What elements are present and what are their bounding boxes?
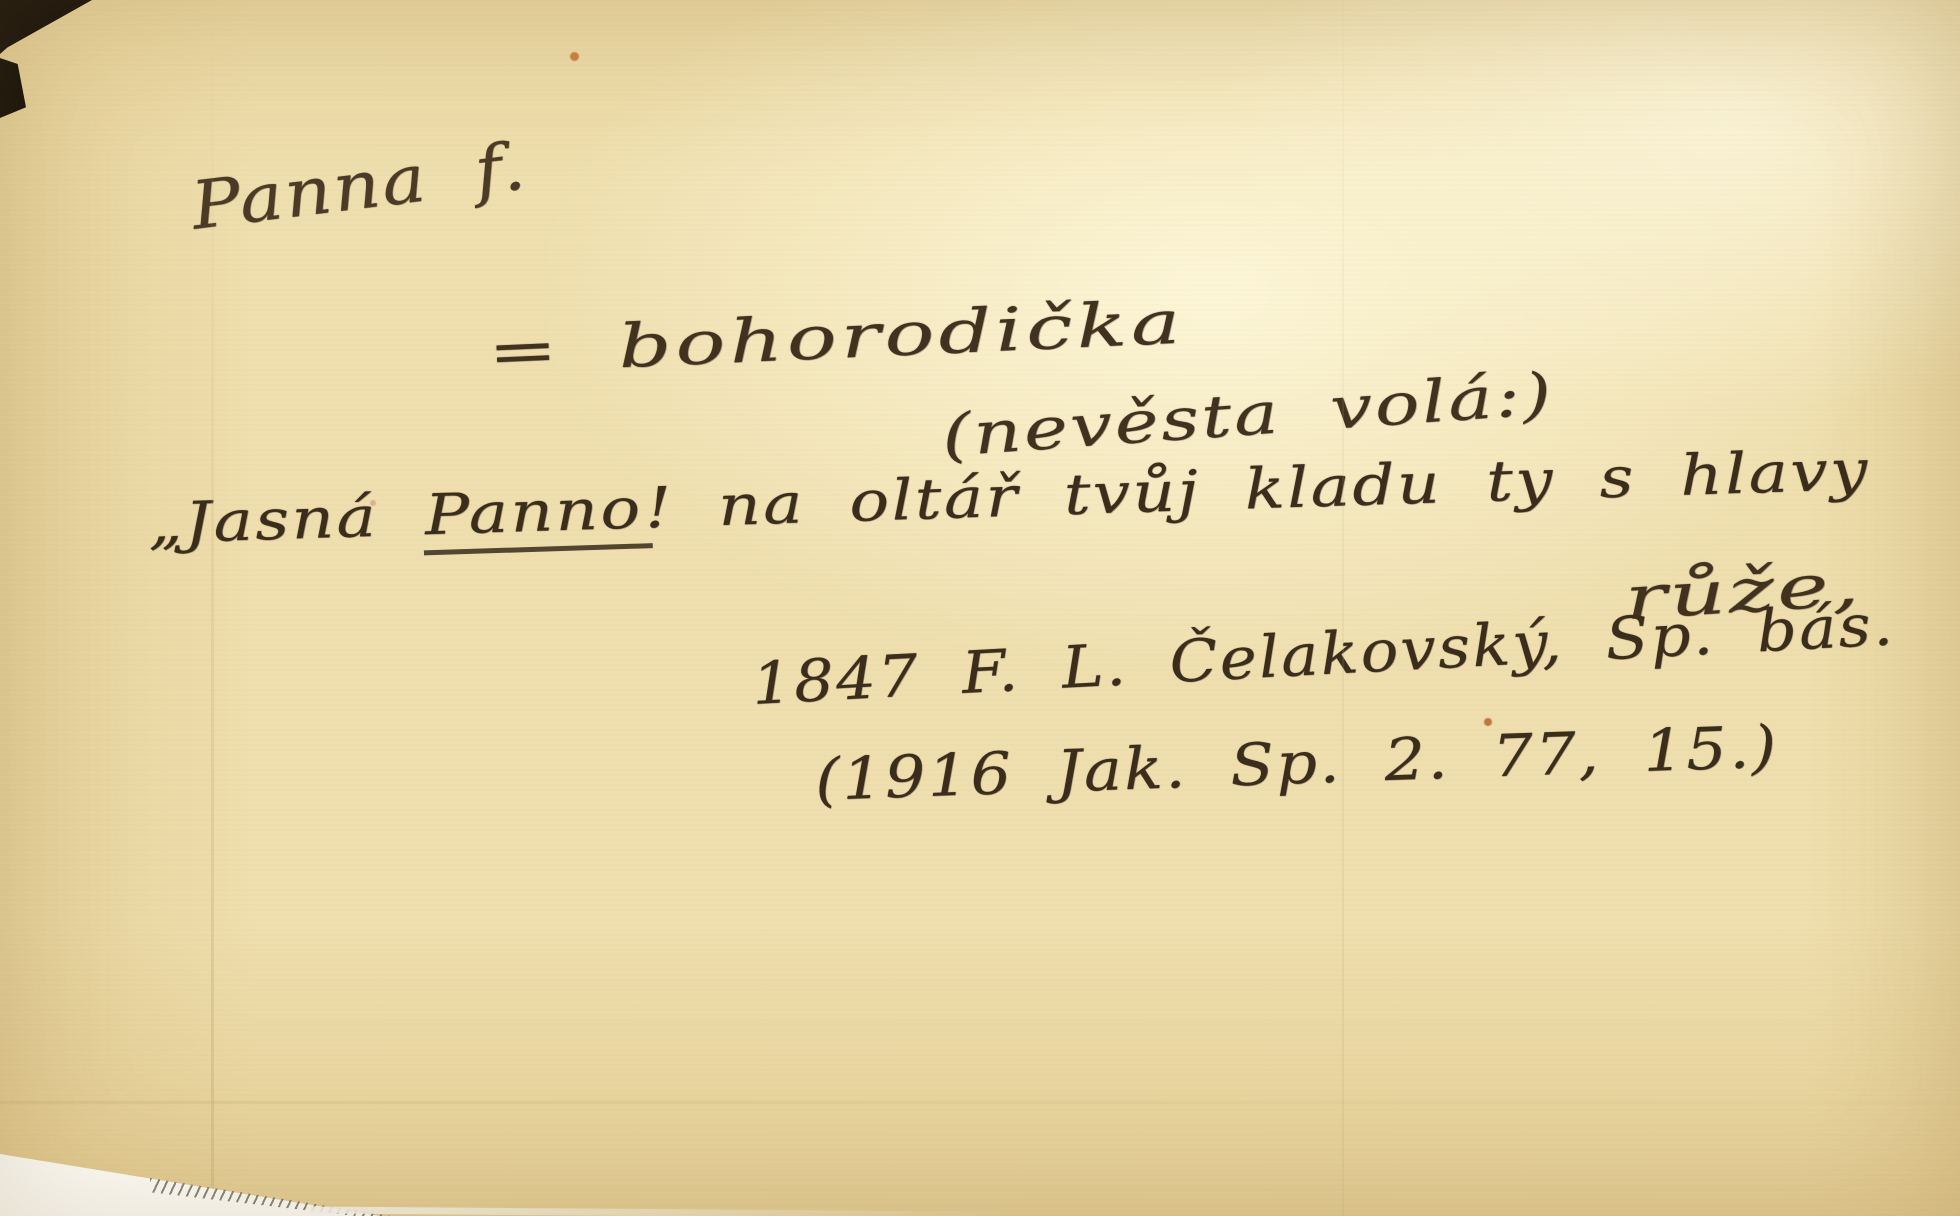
paper-speck: [1484, 718, 1492, 726]
reference-line: (1916 Jak. Sp. 2. 77, 15.): [814, 712, 1780, 814]
paper-speck: [370, 500, 376, 506]
scan-artifact-top-left-corner: [0, 0, 92, 54]
paper-crease-horizontal: [0, 1101, 1960, 1104]
scan-artifact-left-edge: [0, 58, 26, 118]
scan-edge-bottom: [310, 1207, 1010, 1216]
headword-line: Panna f.: [187, 127, 531, 244]
definition-line: = bohorodička: [486, 288, 1185, 388]
scanned-archive-card: Panna f. = bohorodička (nevěsta volá:) „…: [0, 0, 1960, 1216]
paper-crease-vertical-right: [1342, 0, 1344, 1216]
quotation-rest: ! na oltář tvůj kladu ty s hlavy: [644, 438, 1871, 541]
quotation-opening: „Jasná: [147, 483, 424, 557]
paper-speck: [570, 52, 579, 61]
quotation-underlined-word: Panno: [422, 476, 654, 555]
source-line: 1847 F. L. Čelakovský, Sp. bás.: [750, 590, 1896, 718]
